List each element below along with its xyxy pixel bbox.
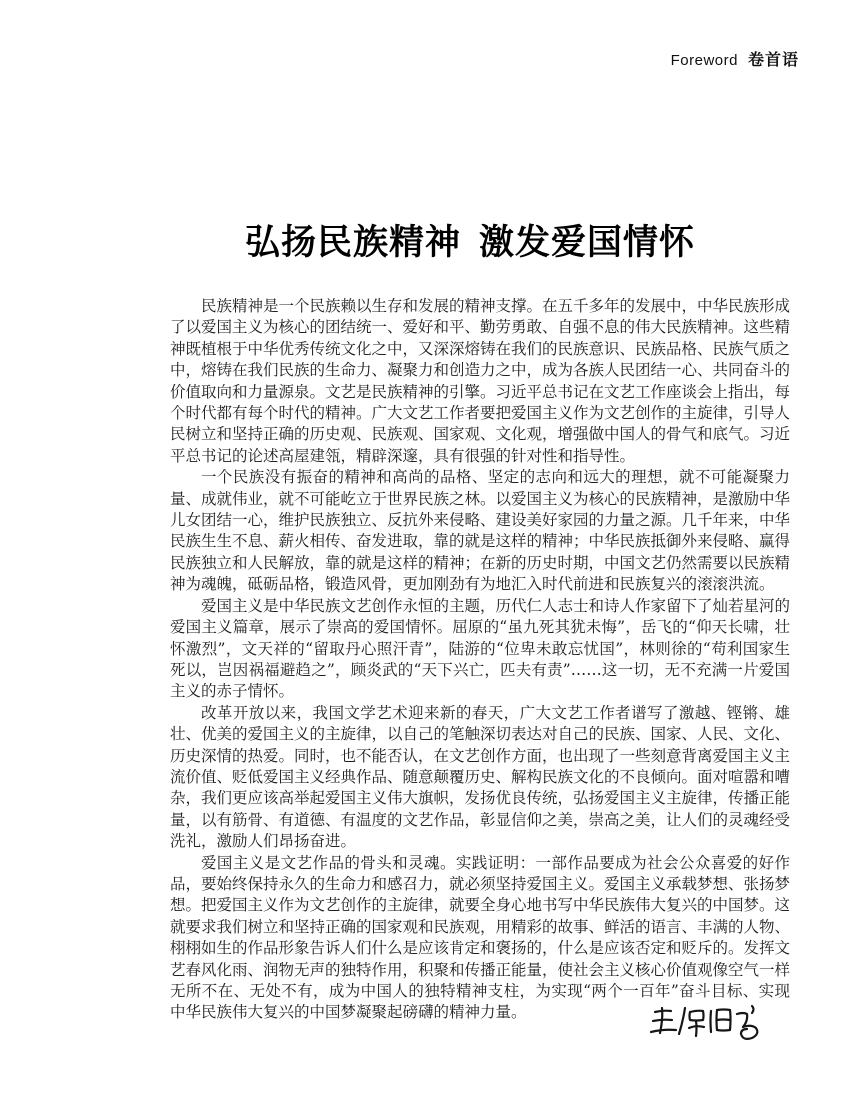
foreword-english-label: Foreword xyxy=(671,52,738,69)
page-header: Foreword 卷首语 xyxy=(671,47,799,70)
foreword-chinese-label: 卷首语 xyxy=(748,47,799,70)
article-title-part1: 弘扬民族精神 xyxy=(245,222,461,263)
article-paragraph-2: 一个民族没有振奋的精神和高尚的品格、坚定的志向和远大的理想，就不可能凝聚力量、成… xyxy=(170,467,790,595)
article-paragraph-4: 改革开放以来，我国文学艺术迎来新的春天，广大文艺工作者谱写了激越、铿锵、雄壮、优… xyxy=(170,703,790,853)
article-paragraph-3: 爱国主义是中华民族文艺创作永恒的主题，历代仁人志士和诗人作家留下了灿若星河的爱国… xyxy=(170,596,790,703)
article-title-part2: 激发爱国情怀 xyxy=(479,222,695,263)
article-paragraph-1: 民族精神是一个民族赖以生存和发展的精神支撑。在五千多年的发展中，中华民族形成了以… xyxy=(170,296,790,467)
signature xyxy=(648,1000,766,1048)
article-title: 弘扬民族精神激发爱国情怀 xyxy=(245,221,695,265)
article-body: 民族精神是一个民族赖以生存和发展的精神支撑。在五千多年的发展中，中华民族形成了以… xyxy=(170,296,790,1024)
foreword-page: Foreword 卷首语 弘扬民族精神激发爱国情怀 民族精神是一个民族赖以生存和… xyxy=(0,0,855,1113)
handwritten-signature-drawing xyxy=(648,1000,766,1048)
article-paragraph-5: 爱国主义是文艺作品的骨头和灵魂。实践证明：一部作品要成为社会公众喜爱的好作品，要… xyxy=(170,853,790,1024)
